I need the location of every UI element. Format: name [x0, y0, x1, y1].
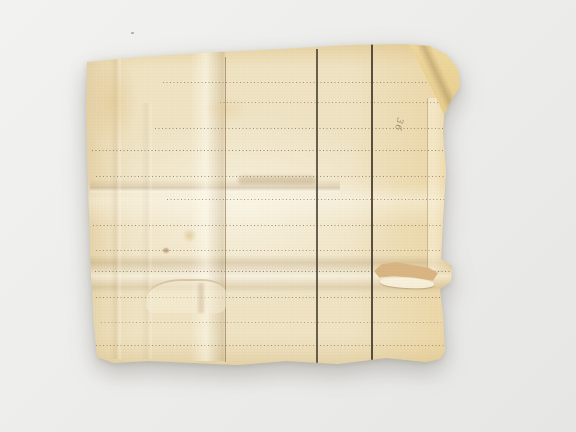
paper-sheet: 36 [86, 43, 462, 365]
worn-crease-smudge [238, 176, 316, 184]
ruled-line [96, 297, 446, 298]
ruled-line [155, 128, 449, 129]
vertical-rule [371, 44, 373, 360]
photo-background: 36 [0, 0, 576, 432]
background-speck [131, 32, 134, 34]
torn-flap-left-smear [198, 283, 204, 313]
corner-fold-top-right [404, 43, 462, 155]
paper-shadow-wrapper: 36 [86, 43, 462, 365]
horizontal-crease-upper [90, 179, 340, 195]
torn-flap-left [146, 279, 226, 313]
handwritten-number: 36 [386, 116, 405, 135]
ruled-line [95, 271, 452, 272]
ruled-line [220, 102, 447, 103]
corner-fold-crease-shadow [408, 43, 470, 115]
vertical-fold-crease [190, 49, 226, 361]
vertical-rule [225, 57, 226, 362]
ruled-line [92, 150, 450, 151]
fold-highlight-band [86, 183, 462, 225]
ruled-line [96, 176, 448, 177]
vertical-crease-left [110, 53, 122, 359]
tear-opening-right [374, 261, 438, 283]
ruled-line [163, 82, 441, 83]
ruled-line [96, 345, 445, 346]
stain-top-left [86, 55, 138, 147]
stain-round [182, 229, 197, 242]
right-edge-fold-strip [427, 98, 450, 270]
ruled-line [167, 199, 446, 200]
horizontal-crease-lower [86, 255, 462, 293]
ruled-line [101, 322, 441, 323]
ruled-line [93, 225, 446, 226]
tear-flap-right [380, 277, 434, 290]
stain-upper [204, 95, 248, 123]
vertical-rule [316, 49, 318, 363]
ruled-line [96, 250, 445, 251]
vertical-crease-mid [141, 103, 153, 359]
